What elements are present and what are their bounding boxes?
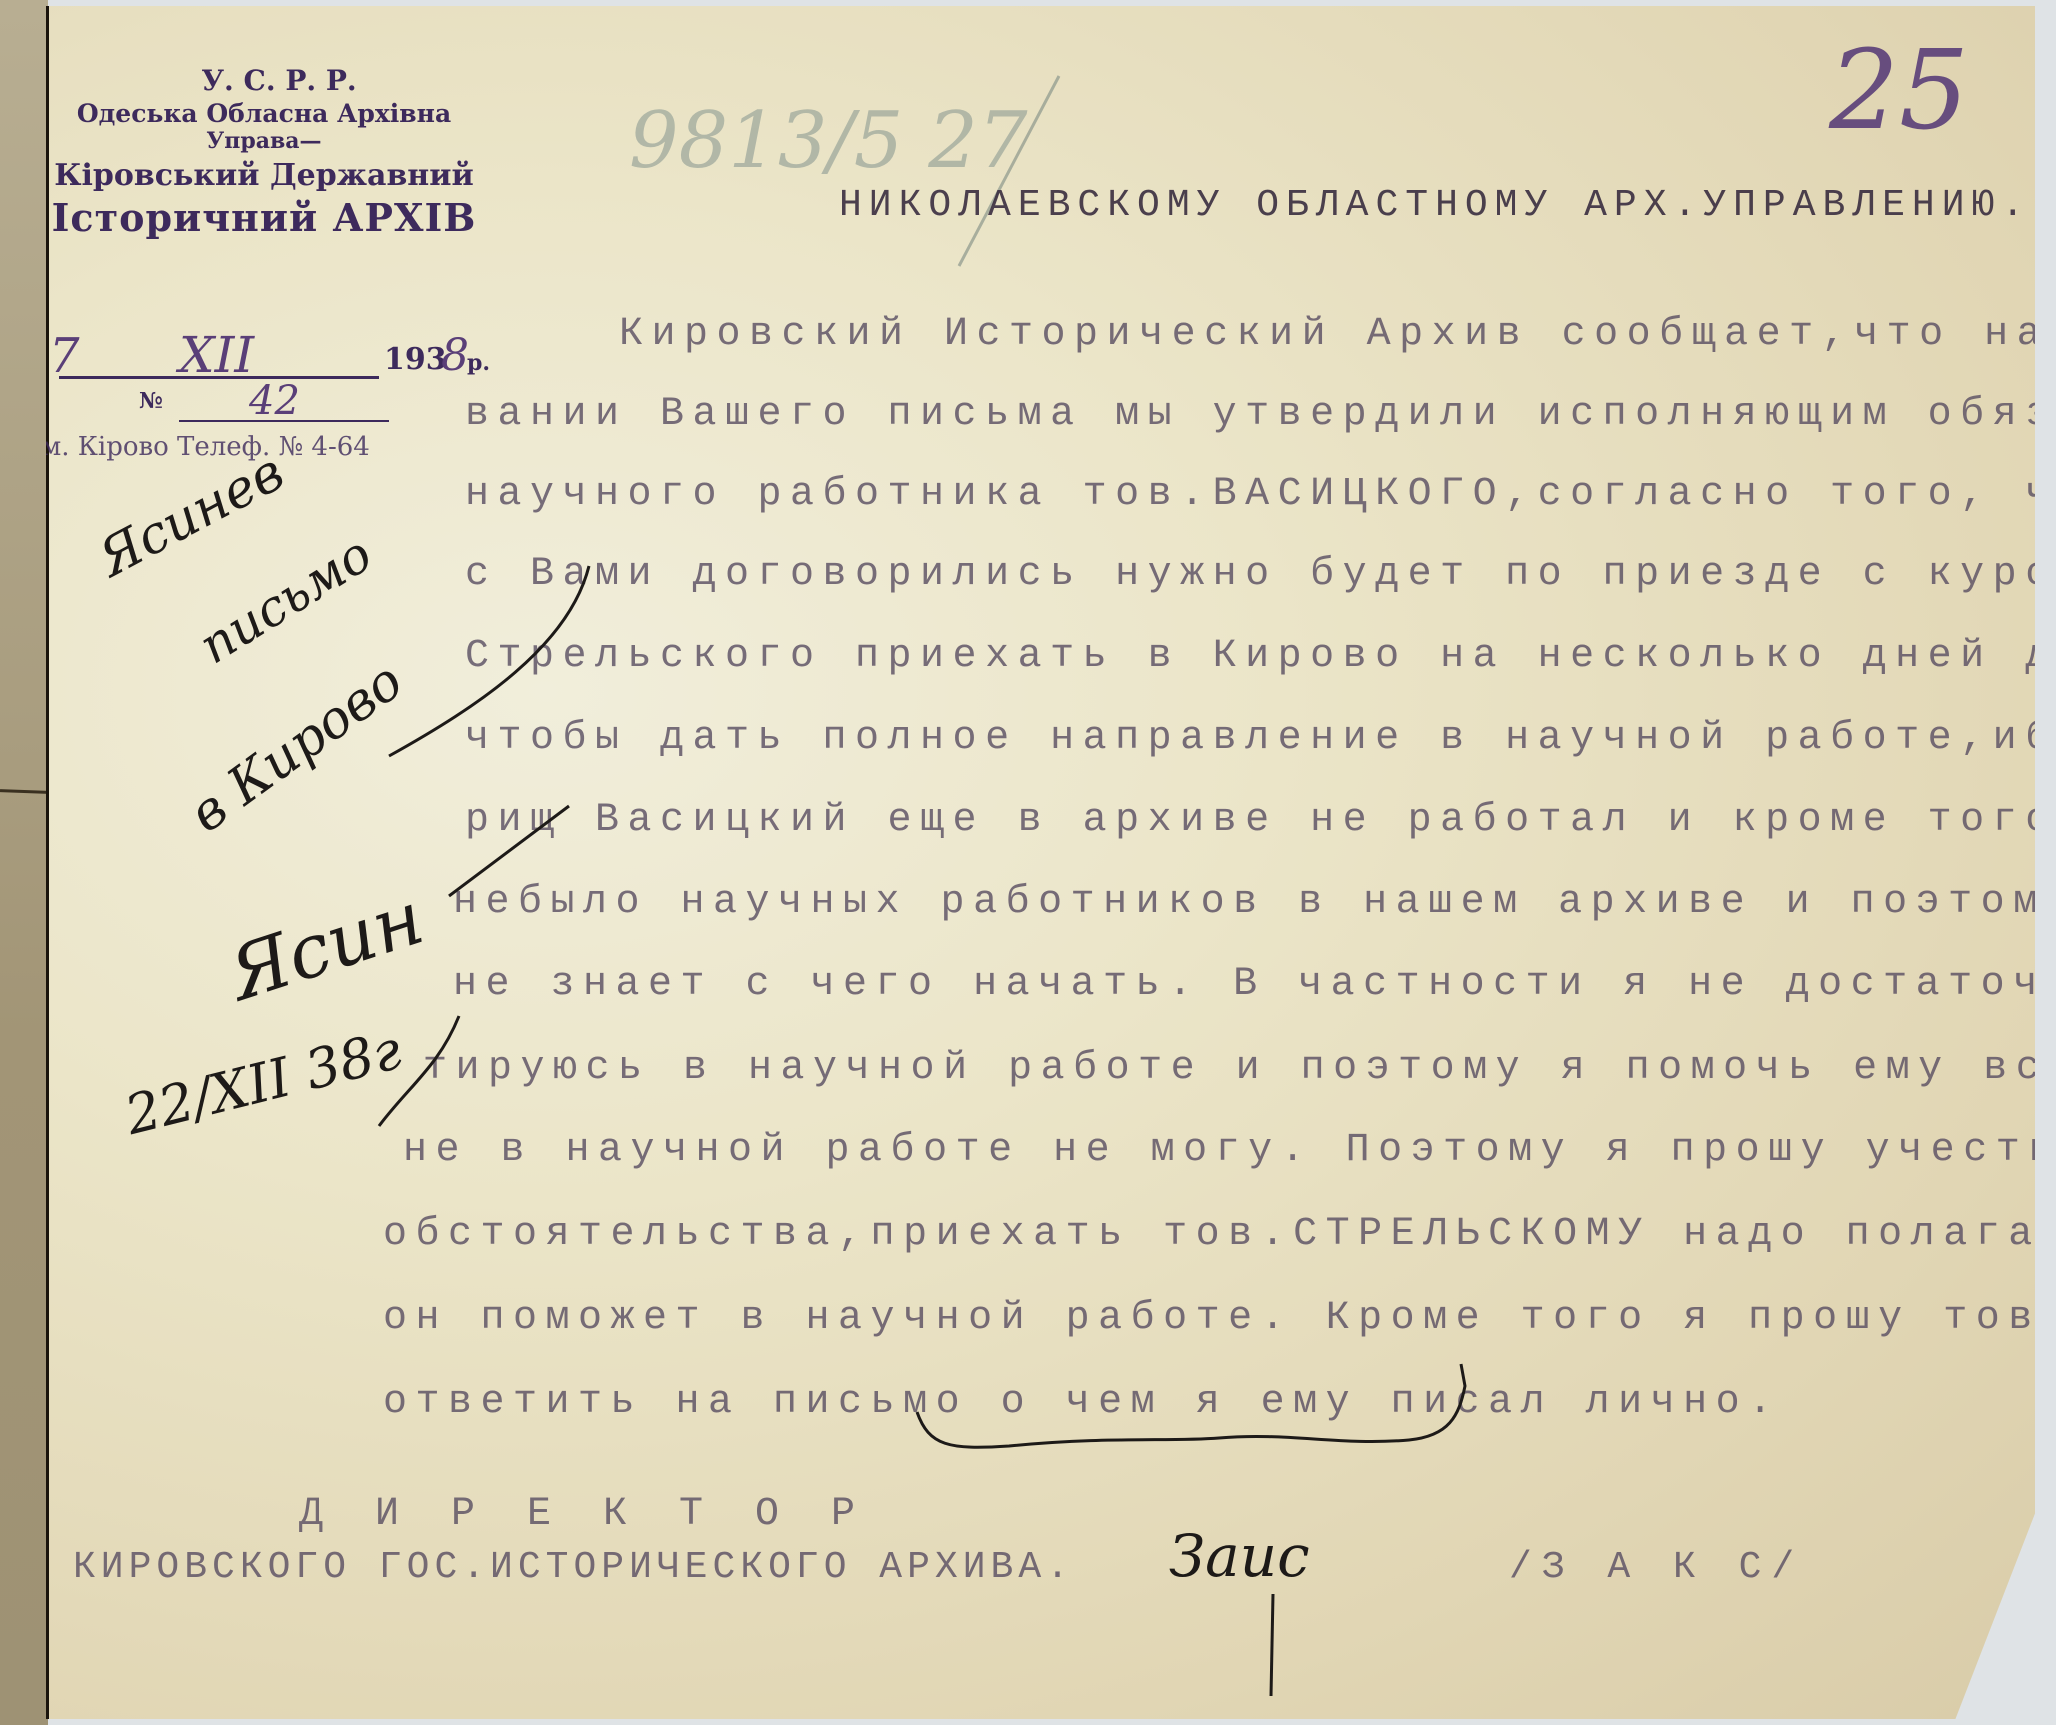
document-sheet: У. С. Р. Р. Одеська Обласна Архівна Упра…	[46, 6, 2035, 1719]
stamp-date-suffix: р.	[467, 350, 490, 376]
margin-note-signature: Ясин	[219, 875, 434, 1018]
body-line-1: Кировский Исторический Архив сообщает,чт…	[619, 312, 2056, 357]
stamp-admin-cont: Управа—	[39, 128, 489, 154]
pencil-slash-icon	[49, 6, 2035, 1719]
stamp-number-row: № 42	[139, 384, 439, 434]
stamp-region-admin: Одеська Обласна Архівна	[39, 99, 489, 128]
body-line-12: обстоятельства,приехать тов.СТРЕЛЬСКОМУ …	[383, 1212, 2056, 1257]
margin-note-date: 22/XII 38г	[119, 1018, 407, 1147]
folder-backing	[0, 0, 48, 1725]
stamp-archive-name: Кіровський Державний	[39, 158, 489, 193]
body-line-4: с Вами договорились нужно будет по приез…	[465, 552, 2056, 597]
stamp-footer: м. Кірово Телеф. № 4-64	[41, 432, 370, 462]
stamp-number-label: №	[139, 388, 163, 414]
page-number: 25	[1829, 26, 1969, 154]
ink-strokes	[49, 6, 2035, 1719]
body-line-5: Стрельского приехать в Кирово на несколь…	[465, 634, 2056, 679]
folder-fold	[0, 789, 48, 794]
stamp-archive-name-2: Історичний АРХІВ	[39, 195, 489, 240]
body-line-13: он поможет в научной работе. Кроме того …	[383, 1296, 2056, 1341]
margin-note-line-3: в Кирово	[179, 651, 414, 845]
signature-organization: КИРОВСКОГО ГОС.ИСТОРИЧЕСКОГО АРХИВА.	[73, 1546, 1074, 1589]
stamp-number-value: 42	[249, 378, 300, 424]
pencil-archive-annotation: 9813/5 27	[629, 96, 1027, 186]
signature-title: Д И Р Е К Т О Р	[299, 1492, 869, 1537]
body-line-14: ответить на письмо о чем я ему писал лич…	[383, 1380, 1781, 1425]
stamp-date-underline	[59, 376, 379, 379]
body-line-8: небыло научных работников в нашем архиве…	[453, 880, 2056, 925]
body-line-2: вании Вашего письма мы утвердили исполня…	[465, 392, 2056, 437]
body-line-10: тируюсь в научной работе и поэтому я пом…	[423, 1046, 2056, 1091]
margin-note-line-2: письмо	[189, 525, 382, 676]
signature-name: /З А К С/	[1509, 1546, 1804, 1589]
addressee-line: НИКОЛАЕВСКОМУ ОБЛАСТНОМУ АРХ.УПРАВЛЕНИЮ.	[839, 184, 2031, 227]
director-handwritten-signature: Заис	[1169, 1522, 1310, 1590]
stamp-number-underline	[179, 420, 389, 422]
body-line-9: не знает с чего начать. В частности я не…	[453, 962, 2056, 1007]
stamp-date-year-prefix: 193	[384, 342, 447, 377]
stamp-date-year-digit: 8	[441, 330, 469, 381]
body-line-11: не в научной работе не могу. Поэтому я п…	[403, 1128, 2056, 1173]
margin-note-line-1: Ясинев	[89, 442, 294, 589]
body-line-3: научного работника тов.ВАСИЦКОГО,согласн…	[465, 472, 2056, 517]
archive-stamp: У. С. Р. Р. Одеська Обласна Архівна Упра…	[39, 64, 489, 240]
body-line-7: рищ Васицкий еще в архиве не работал и к…	[465, 798, 2056, 843]
director-signature-tail	[1271, 1594, 1273, 1696]
body-line-6: чтобы дать полное направление в научной …	[465, 716, 2056, 761]
stamp-country: У. С. Р. Р.	[69, 64, 489, 97]
